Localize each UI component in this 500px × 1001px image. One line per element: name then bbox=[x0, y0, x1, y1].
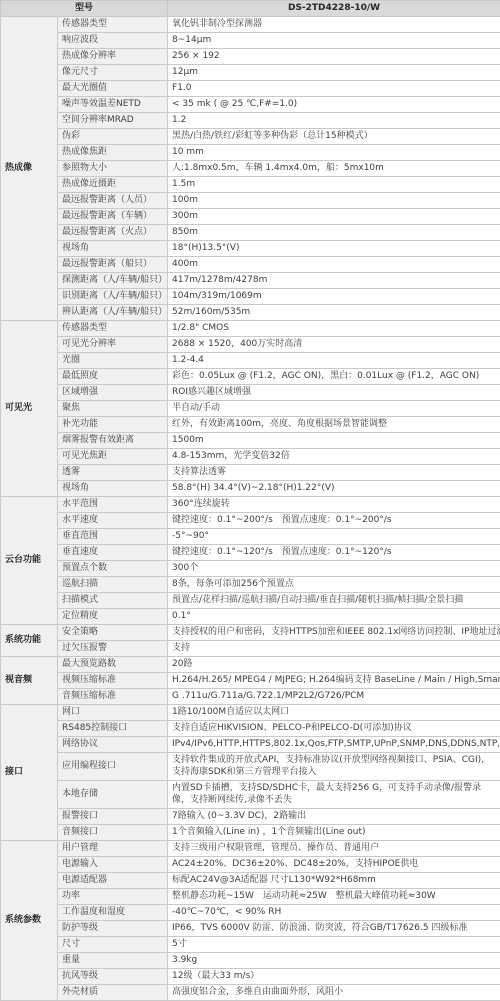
row-value: ROI感兴趣区域增强 bbox=[168, 385, 500, 401]
spec-row: 聚焦半自动/手动 bbox=[1, 401, 500, 417]
row-value: 键控速度：0.1°~120°/s 预置点速度：0.1°~120°/s bbox=[168, 545, 500, 561]
row-label: 报警接口 bbox=[58, 809, 168, 825]
spec-row: 接口网口1路10/100M自适应以太网口 bbox=[1, 705, 500, 721]
row-label: 外壳材质 bbox=[58, 985, 168, 1001]
row-value: 内置SD卡插槽，支持SD/SDHC卡，最大支持256 G，可支持手动录像/报警录… bbox=[168, 781, 500, 809]
row-label: 最低照度 bbox=[58, 369, 168, 385]
row-label: 伪彩 bbox=[58, 129, 168, 145]
row-value: -40℃~70℃，< 90% RH bbox=[168, 905, 500, 921]
spec-row: 定位精度0.1° bbox=[1, 609, 500, 625]
spec-row: 可见光分辨率2688 × 1520，400万实时高清 bbox=[1, 337, 500, 353]
row-value: 支持授权的用户和密码，支持HTTPS加密和IEEE 802.1x网络访问控制、I… bbox=[168, 625, 500, 641]
row-label: 网口 bbox=[58, 705, 168, 721]
row-label: RS485控制接口 bbox=[58, 721, 168, 737]
row-value: 高强度铝合金，多维自由曲面外形，风阻小 bbox=[168, 985, 500, 1001]
spec-row: 应用编程接口支持软件集成的开放式API，支持标准协议(开放型网络视频接口、PSI… bbox=[1, 753, 500, 781]
row-value: 氧化钒非制冷型探测器 bbox=[168, 17, 500, 33]
row-value: 360°连续旋转 bbox=[168, 497, 500, 513]
spec-row: 热成像分辨率256 × 192 bbox=[1, 49, 500, 65]
row-label: 尺寸 bbox=[58, 937, 168, 953]
spec-row: 防护等级IP66，TVS 6000V 防雷、防浪涌、防突波，符合GB/T1762… bbox=[1, 921, 500, 937]
row-label: 工作温度和湿度 bbox=[58, 905, 168, 921]
section-label: 热成像 bbox=[1, 17, 58, 321]
spec-row: 区域增强ROI感兴趣区域增强 bbox=[1, 385, 500, 401]
row-label: 垂直速度 bbox=[58, 545, 168, 561]
row-label: 用户管理 bbox=[58, 841, 168, 857]
row-label: 扫描模式 bbox=[58, 593, 168, 609]
row-value: 0.1° bbox=[168, 609, 500, 625]
model-value-cell: DS-2TD4228-10/W bbox=[168, 1, 500, 17]
row-value: 100m bbox=[168, 193, 500, 209]
row-value: 支持软件集成的开放式API，支持标准协议(开放型网络视频接口、PSIA、CGI)… bbox=[168, 753, 500, 781]
table-header-row: 型号 DS-2TD4228-10/W bbox=[1, 1, 500, 17]
row-value: 3.9kg bbox=[168, 953, 500, 969]
row-label: 音频接口 bbox=[58, 825, 168, 841]
spec-row: 辨认距离（人/车辆/船只）52m/160m/535m bbox=[1, 305, 500, 321]
row-label: 热成像分辨率 bbox=[58, 49, 168, 65]
row-label: 最远报警距离（车辆） bbox=[58, 209, 168, 225]
row-label: 音频压缩标准 bbox=[58, 689, 168, 705]
row-value: 彩色：0.05Lux @ (F1.2，AGC ON)，黑白：0.01Lux @ … bbox=[168, 369, 500, 385]
row-label: 最大光圈值 bbox=[58, 81, 168, 97]
row-label: 水平速度 bbox=[58, 513, 168, 529]
spec-row: 音频接口1个音频输入(Line in) ，1个音频输出(Line out) bbox=[1, 825, 500, 841]
row-value: IP66，TVS 6000V 防雷、防浪涌、防突波，符合GB/T17626.5 … bbox=[168, 921, 500, 937]
spec-row: 功率整机静态功耗~15W 运动功耗≈25W 整机最大峰值功耗≈30W bbox=[1, 889, 500, 905]
row-label: 防护等级 bbox=[58, 921, 168, 937]
row-label: 视场角 bbox=[58, 481, 168, 497]
spec-row: 像元尺寸12μm bbox=[1, 65, 500, 81]
row-label: 区域增强 bbox=[58, 385, 168, 401]
row-value: 整机静态功耗~15W 运动功耗≈25W 整机最大峰值功耗≈30W bbox=[168, 889, 500, 905]
row-label: 补光功能 bbox=[58, 417, 168, 433]
row-value: 52m/160m/535m bbox=[168, 305, 500, 321]
row-label: 定位精度 bbox=[58, 609, 168, 625]
spec-row: 重量3.9kg bbox=[1, 953, 500, 969]
spec-row: 云台功能水平范围360°连续旋转 bbox=[1, 497, 500, 513]
row-label: 视频压缩标准 bbox=[58, 673, 168, 689]
row-value: 1.5m bbox=[168, 177, 500, 193]
row-value: 1.2 bbox=[168, 113, 500, 129]
spec-row: 网络协议IPv4/IPv6,HTTP,HTTPS,802.1x,Qos,FTP,… bbox=[1, 737, 500, 753]
row-label: 透雾 bbox=[58, 465, 168, 481]
row-value: 8~14μm bbox=[168, 33, 500, 49]
spec-row: 视音频最大预览路数20路 bbox=[1, 657, 500, 673]
row-label: 参照物大小 bbox=[58, 161, 168, 177]
row-value: 300m bbox=[168, 209, 500, 225]
row-label: 探测距离（人/车辆/船只） bbox=[58, 273, 168, 289]
row-label: 传感器类型 bbox=[58, 321, 168, 337]
spec-row: 本地存储内置SD卡插槽，支持SD/SDHC卡，最大支持256 G，可支持手动录像… bbox=[1, 781, 500, 809]
spec-sheet: 型号 DS-2TD4228-10/W 热成像传感器类型氧化钒非制冷型探测器响应波… bbox=[0, 0, 500, 1001]
spec-row: 电源输入AC24±20%、DC36±20%、DC48±20%，支持HIPOE供电 bbox=[1, 857, 500, 873]
row-value: 人:1.8mx0.5m，车辆 1.4mx4.0m，船：5mx10m bbox=[168, 161, 500, 177]
row-label: 噪声等效温差NETD bbox=[58, 97, 168, 113]
row-label: 电源输入 bbox=[58, 857, 168, 873]
row-value: 半自动/手动 bbox=[168, 401, 500, 417]
row-label: 重量 bbox=[58, 953, 168, 969]
row-label: 抗风等级 bbox=[58, 969, 168, 985]
spec-row: 外壳材质高强度铝合金，多维自由曲面外形，风阻小 bbox=[1, 985, 500, 1001]
row-value: < 35 mk ( @ 25 ℃,F#=1.0) bbox=[168, 97, 500, 113]
spec-row: 尺寸5寸 bbox=[1, 937, 500, 953]
row-label: 辨认距离（人/车辆/船只） bbox=[58, 305, 168, 321]
row-label: 传感器类型 bbox=[58, 17, 168, 33]
row-value: 256 × 192 bbox=[168, 49, 500, 65]
row-label: 热成像近摄距 bbox=[58, 177, 168, 193]
row-label: 本地存储 bbox=[58, 781, 168, 809]
spec-row: 巡航扫描8条，每条可添加256个预置点 bbox=[1, 577, 500, 593]
row-label: 水平范围 bbox=[58, 497, 168, 513]
spec-row: 视频压缩标准H.264/H.265/ MPEG4 / MJPEG; H.264编… bbox=[1, 673, 500, 689]
spec-row: 最远报警距离（人员）100m bbox=[1, 193, 500, 209]
spec-row: 垂直范围-5°~90° bbox=[1, 529, 500, 545]
row-value: 300个 bbox=[168, 561, 500, 577]
section-label: 云台功能 bbox=[1, 497, 58, 625]
spec-row: 最远报警距离（车辆）300m bbox=[1, 209, 500, 225]
row-value: 支持三级用户权限管理，管理员、操作员、普通用户 bbox=[168, 841, 500, 857]
spec-row: 扫描模式预置点/花样扫描/巡航扫描/自动扫描/垂直扫描/随机扫描/帧扫描/全景扫… bbox=[1, 593, 500, 609]
row-value: 支持算法透雾 bbox=[168, 465, 500, 481]
row-label: 响应波段 bbox=[58, 33, 168, 49]
row-value: 850m bbox=[168, 225, 500, 241]
spec-row: 过欠压报警支持 bbox=[1, 641, 500, 657]
row-value: 12μm bbox=[168, 65, 500, 81]
section-label: 接口 bbox=[1, 705, 58, 841]
section-label: 系统功能 bbox=[1, 625, 58, 657]
row-value: G .711u/G.711a/G.722.1/MP2L2/G726/PCM bbox=[168, 689, 500, 705]
spec-row: 补光功能红外，有效距离100m，亮度、角度根据场景智能调整 bbox=[1, 417, 500, 433]
spec-row: 最低照度彩色：0.05Lux @ (F1.2，AGC ON)，黑白：0.01Lu… bbox=[1, 369, 500, 385]
spec-row: 工作温度和湿度-40℃~70℃，< 90% RH bbox=[1, 905, 500, 921]
row-label: 像元尺寸 bbox=[58, 65, 168, 81]
row-label: 垂直范围 bbox=[58, 529, 168, 545]
row-value: 20路 bbox=[168, 657, 500, 673]
spec-row: 伪彩黑热/白热/铁红/彩虹等多种伪彩（总计15种模式） bbox=[1, 129, 500, 145]
spec-row: 抗风等级12级（最大33 m/s） bbox=[1, 969, 500, 985]
spec-row: 电源适配器标配AC24V@3A适配器 尺寸L130*W92*H68mm bbox=[1, 873, 500, 889]
row-value: 1.2-4.4 bbox=[168, 353, 500, 369]
spec-row: 视场角18°(H)13.5°(V) bbox=[1, 241, 500, 257]
spec-row: 视场角58.8°(H) 34.4°(V)~2.18°(H)1.22°(V) bbox=[1, 481, 500, 497]
row-value: 5寸 bbox=[168, 937, 500, 953]
row-value: 104m/319m/1069m bbox=[168, 289, 500, 305]
row-label: 网络协议 bbox=[58, 737, 168, 753]
row-label: 最远报警距离（船只） bbox=[58, 257, 168, 273]
row-value: 支持自适应HIKVISION、PELCO-P和PELCO-D(可添加)协议 bbox=[168, 721, 500, 737]
row-label: 空间分辨率MRAD bbox=[58, 113, 168, 129]
row-value: 417m/1278m/4278m bbox=[168, 273, 500, 289]
model-label-cell: 型号 bbox=[1, 1, 168, 17]
spec-row: 光圈1.2-4.4 bbox=[1, 353, 500, 369]
row-value: 4.8-153mm，光学变倍32倍 bbox=[168, 449, 500, 465]
spec-row: 可见光传感器类型1/2.8" CMOS bbox=[1, 321, 500, 337]
spec-row: RS485控制接口支持自适应HIKVISION、PELCO-P和PELCO-D(… bbox=[1, 721, 500, 737]
row-label: 光圈 bbox=[58, 353, 168, 369]
row-label: 聚焦 bbox=[58, 401, 168, 417]
row-label: 电源适配器 bbox=[58, 873, 168, 889]
spec-row: 热成像近摄距1.5m bbox=[1, 177, 500, 193]
spec-row: 最大光圈值F1.0 bbox=[1, 81, 500, 97]
row-value: F1.0 bbox=[168, 81, 500, 97]
row-value: 黑热/白热/铁红/彩虹等多种伪彩（总计15种模式） bbox=[168, 129, 500, 145]
row-value: 58.8°(H) 34.4°(V)~2.18°(H)1.22°(V) bbox=[168, 481, 500, 497]
row-value: 1路10/100M自适应以太网口 bbox=[168, 705, 500, 721]
spec-row: 最远报警距离（船只）400m bbox=[1, 257, 500, 273]
row-label: 识别距离（人/车辆/船只） bbox=[58, 289, 168, 305]
spec-row: 可见光焦距4.8-153mm，光学变倍32倍 bbox=[1, 449, 500, 465]
row-value: 1500m bbox=[168, 433, 500, 449]
spec-row: 垂直速度键控速度：0.1°~120°/s 预置点速度：0.1°~120°/s bbox=[1, 545, 500, 561]
row-label: 最大预览路数 bbox=[58, 657, 168, 673]
row-value: 18°(H)13.5°(V) bbox=[168, 241, 500, 257]
spec-row: 烟雾报警有效距离1500m bbox=[1, 433, 500, 449]
spec-row: 系统参数用户管理支持三级用户权限管理，管理员、操作员、普通用户 bbox=[1, 841, 500, 857]
spec-row: 热成像传感器类型氧化钒非制冷型探测器 bbox=[1, 17, 500, 33]
row-value: 1个音频输入(Line in) ，1个音频输出(Line out) bbox=[168, 825, 500, 841]
spec-row: 空间分辨率MRAD1.2 bbox=[1, 113, 500, 129]
row-value: 1/2.8" CMOS bbox=[168, 321, 500, 337]
row-value: 键控速度：0.1°~200°/s 预置点速度：0.1°~200°/s bbox=[168, 513, 500, 529]
row-label: 可见光分辨率 bbox=[58, 337, 168, 353]
spec-row: 报警接口7路输入 (0~3.3V DC)，2路输出 bbox=[1, 809, 500, 825]
section-label: 视音频 bbox=[1, 657, 58, 705]
row-label: 视场角 bbox=[58, 241, 168, 257]
row-value: AC24±20%、DC36±20%、DC48±20%，支持HIPOE供电 bbox=[168, 857, 500, 873]
row-label: 热成像焦距 bbox=[58, 145, 168, 161]
row-label: 应用编程接口 bbox=[58, 753, 168, 781]
row-label: 最远报警距离（人员） bbox=[58, 193, 168, 209]
spec-row: 水平速度键控速度：0.1°~200°/s 预置点速度：0.1°~200°/s bbox=[1, 513, 500, 529]
row-label: 过欠压报警 bbox=[58, 641, 168, 657]
spec-row: 噪声等效温差NETD< 35 mk ( @ 25 ℃,F#=1.0) bbox=[1, 97, 500, 113]
row-label: 最远报警距离（火点） bbox=[58, 225, 168, 241]
spec-row: 透雾支持算法透雾 bbox=[1, 465, 500, 481]
spec-row: 响应波段8~14μm bbox=[1, 33, 500, 49]
spec-row: 参照物大小人:1.8mx0.5m，车辆 1.4mx4.0m，船：5mx10m bbox=[1, 161, 500, 177]
row-value: 预置点/花样扫描/巡航扫描/自动扫描/垂直扫描/随机扫描/帧扫描/全景扫描 bbox=[168, 593, 500, 609]
row-value: 12级（最大33 m/s） bbox=[168, 969, 500, 985]
row-value: 标配AC24V@3A适配器 尺寸L130*W92*H68mm bbox=[168, 873, 500, 889]
row-value: 400m bbox=[168, 257, 500, 273]
row-label: 可见光焦距 bbox=[58, 449, 168, 465]
row-value: H.264/H.265/ MPEG4 / MJPEG; H.264编码支持 Ba… bbox=[168, 673, 500, 689]
row-value: 支持 bbox=[168, 641, 500, 657]
row-label: 烟雾报警有效距离 bbox=[58, 433, 168, 449]
section-label: 系统参数 bbox=[1, 841, 58, 1001]
row-label: 巡航扫描 bbox=[58, 577, 168, 593]
row-value: 10 mm bbox=[168, 145, 500, 161]
spec-row: 识别距离（人/车辆/船只）104m/319m/1069m bbox=[1, 289, 500, 305]
row-label: 安全策略 bbox=[58, 625, 168, 641]
spec-row: 热成像焦距10 mm bbox=[1, 145, 500, 161]
spec-row: 最远报警距离（火点）850m bbox=[1, 225, 500, 241]
row-value: 红外，有效距离100m，亮度、角度根据场景智能调整 bbox=[168, 417, 500, 433]
row-value: -5°~90° bbox=[168, 529, 500, 545]
row-label: 功率 bbox=[58, 889, 168, 905]
section-label: 可见光 bbox=[1, 321, 58, 497]
spec-row: 系统功能安全策略支持授权的用户和密码，支持HTTPS加密和IEEE 802.1x… bbox=[1, 625, 500, 641]
spec-table: 型号 DS-2TD4228-10/W 热成像传感器类型氧化钒非制冷型探测器响应波… bbox=[0, 0, 500, 1001]
row-value: 7路输入 (0~3.3V DC)，2路输出 bbox=[168, 809, 500, 825]
spec-row: 音频压缩标准G .711u/G.711a/G.722.1/MP2L2/G726/… bbox=[1, 689, 500, 705]
row-value: 2688 × 1520，400万实时高清 bbox=[168, 337, 500, 353]
spec-row: 探测距离（人/车辆/船只）417m/1278m/4278m bbox=[1, 273, 500, 289]
row-label: 预置点个数 bbox=[58, 561, 168, 577]
row-value: 8条，每条可添加256个预置点 bbox=[168, 577, 500, 593]
spec-row: 预置点个数300个 bbox=[1, 561, 500, 577]
row-value: IPv4/IPv6,HTTP,HTTPS,802.1x,Qos,FTP,SMTP… bbox=[168, 737, 500, 753]
